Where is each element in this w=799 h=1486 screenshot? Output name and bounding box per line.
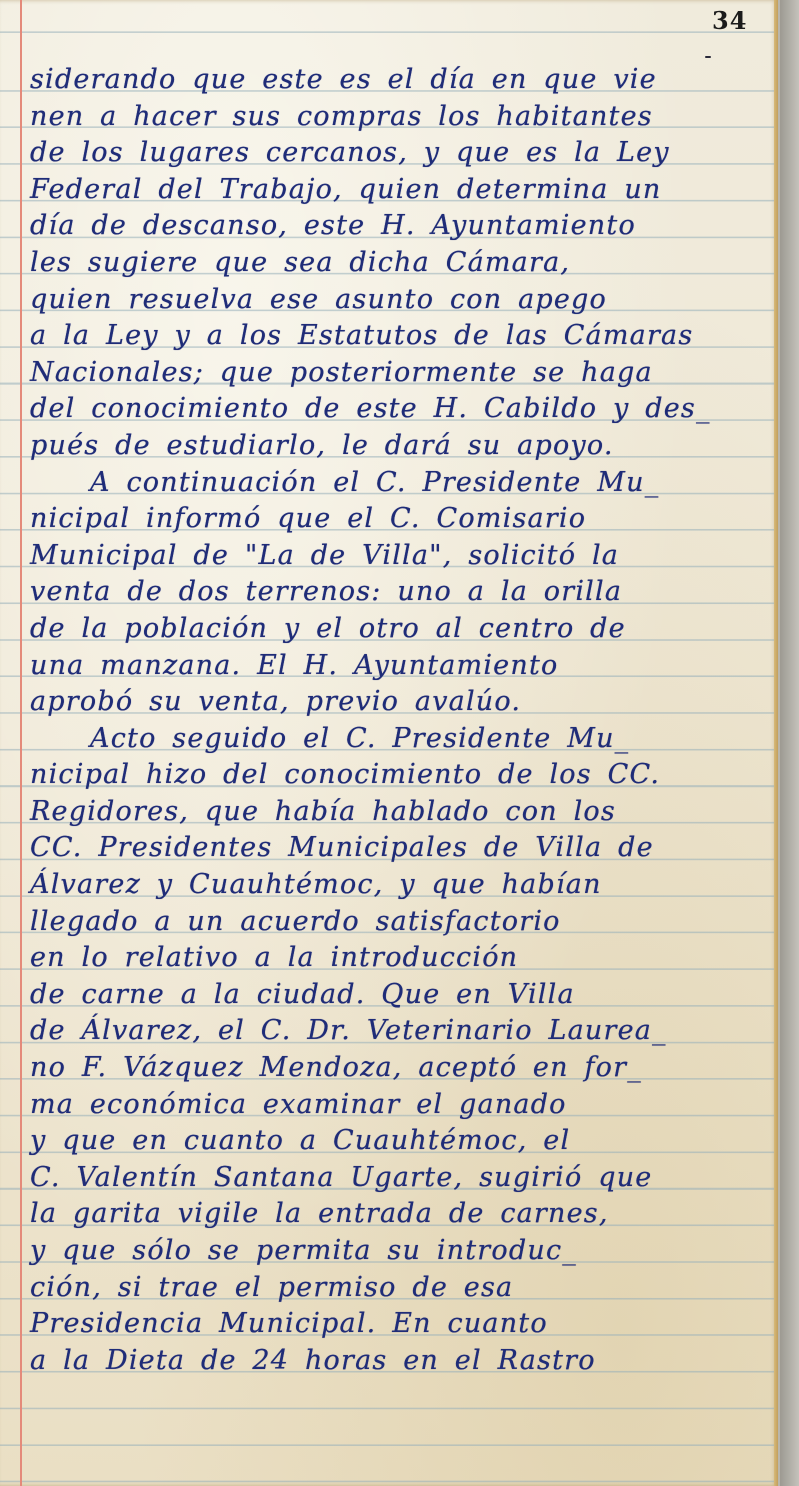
- text-line: Nacionales; que posteriormente se haga: [30, 355, 775, 392]
- text-line: Regidores, que había hablado con los: [30, 794, 775, 831]
- paragraph-start-line: Acto seguido el C. Presidente Mu_: [30, 721, 775, 758]
- text-line: de la población y el otro al centro de: [30, 611, 775, 648]
- page-number: 34: [712, 6, 747, 35]
- text-line: a la Dieta de 24 horas en el Rastro: [30, 1343, 775, 1380]
- text-line: Municipal de "La de Villa", solicitó la: [30, 538, 775, 575]
- text-line: nicipal informó que el C. Comisario: [30, 501, 775, 538]
- text-line: del conocimiento de este H. Cabildo y de…: [30, 391, 775, 428]
- text-line: quien resuelva ese asunto con apego: [30, 282, 775, 319]
- text-line: una manzana. El H. Ayuntamiento: [30, 648, 775, 685]
- text-line: les sugiere que sea dicha Cámara,: [30, 245, 775, 282]
- handwritten-text-body: siderando que este es el día en que vie …: [30, 62, 775, 1379]
- text-line: siderando que este es el día en que vie: [30, 62, 775, 99]
- text-line: pués de estudiarlo, le dará su apoyo.: [30, 428, 775, 465]
- page-edge: [774, 0, 778, 1486]
- text-line: no F. Vázquez Mendoza, aceptó en for_: [30, 1050, 775, 1087]
- text-line: nicipal hizo del conocimiento de los CC.: [30, 757, 775, 794]
- text-line: ma económica examinar el ganado: [30, 1087, 775, 1124]
- text-line: en lo relativo a la introducción: [30, 940, 775, 977]
- text-line: y que en cuanto a Cuauhtémoc, el: [30, 1123, 775, 1160]
- text-line: de los lugares cercanos, y que es la Ley: [30, 135, 775, 172]
- text-line: ción, si trae el permiso de esa: [30, 1270, 775, 1307]
- text-line: a la Ley y a los Estatutos de las Cámara…: [30, 318, 775, 355]
- text-line: C. Valentín Santana Ugarte, sugirió que: [30, 1160, 775, 1197]
- text-line: día de descanso, este H. Ayuntamiento: [30, 208, 775, 245]
- text-line: Presidencia Municipal. En cuanto: [30, 1306, 775, 1343]
- notebook-page: 34 siderando que este es el día en que v…: [0, 0, 778, 1486]
- text-line: venta de dos terrenos: uno a la orilla: [30, 574, 775, 611]
- text-line: CC. Presidentes Municipales de Villa de: [30, 830, 775, 867]
- text-line: Federal del Trabajo, quien determina un: [30, 172, 775, 209]
- text-line: aprobó su venta, previo avalúo.: [30, 684, 775, 721]
- text-line: la garita vigile la entrada de carnes,: [30, 1196, 775, 1233]
- text-line: llegado a un acuerdo satisfactorio: [30, 904, 775, 941]
- background-surface: [780, 0, 799, 1486]
- ink-mark: [705, 56, 711, 58]
- text-line: de carne a la ciudad. Que en Villa: [30, 977, 775, 1014]
- text-line: nen a hacer sus compras los habitantes: [30, 99, 775, 136]
- text-line: Álvarez y Cuauhtémoc, y que habían: [30, 867, 775, 904]
- text-line: de Álvarez, el C. Dr. Veterinario Laurea…: [30, 1013, 775, 1050]
- red-margin-line: [20, 0, 22, 1486]
- paragraph-start-line: A continuación el C. Presidente Mu_: [30, 465, 775, 502]
- text-line: y que sólo se permita su introduc_: [30, 1233, 775, 1270]
